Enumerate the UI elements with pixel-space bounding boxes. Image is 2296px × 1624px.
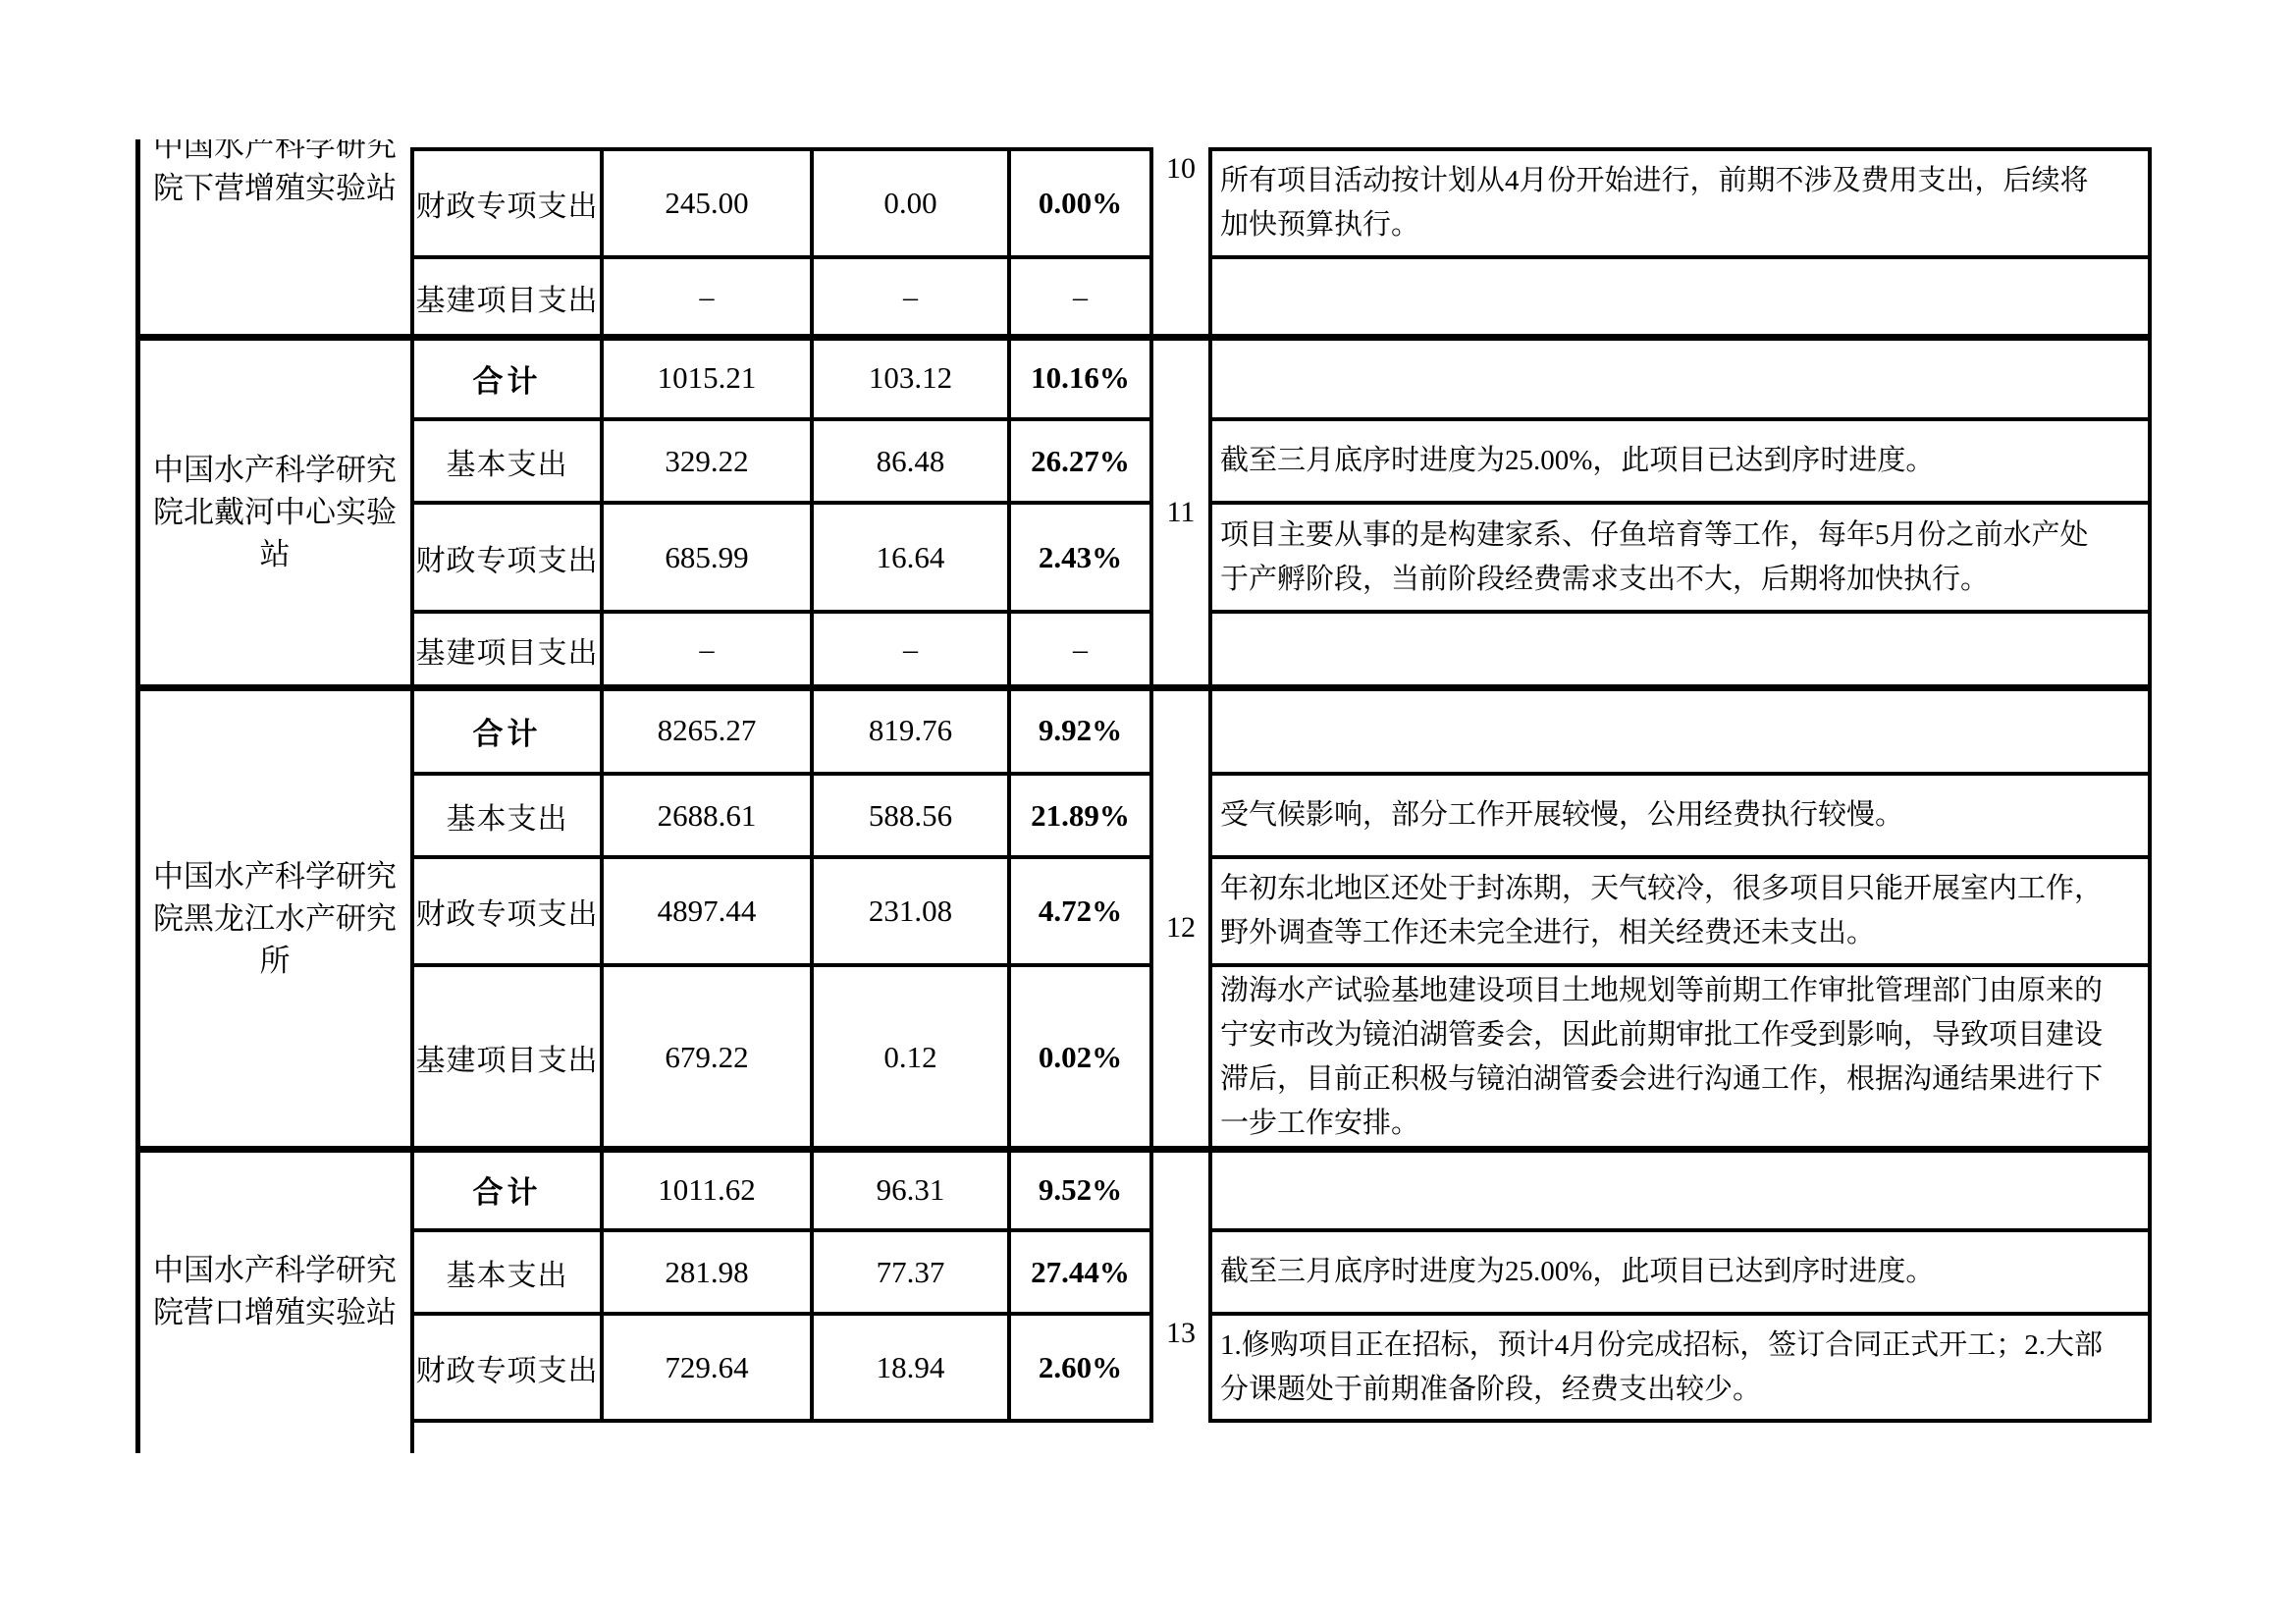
org-cell: 中国水产科学研究院下营增殖实验站: [137, 139, 412, 218]
pct-cell: 4.72%: [1009, 857, 1151, 965]
budget-cell: 1011.62: [602, 1149, 812, 1230]
seq-cell: 11: [1151, 337, 1210, 687]
budget-cell: 1015.21: [602, 337, 812, 419]
expense-type-cell: 基建项目支出: [412, 612, 602, 687]
remark-cell: 1.修购项目正在招标，预计4月份完成招标，签订合同正式开工；2.大部分课题处于前…: [1210, 1314, 2150, 1421]
remark-cell: 年初东北地区还处于封冻期，天气较冷，很多项目只能开展室内工作，野外调查等工作还未…: [1210, 857, 2150, 965]
org-name: 中国水产科学研究院下营增殖实验站: [151, 139, 399, 209]
org-cell: 中国水产科学研究院黑龙江水产研究所: [137, 687, 412, 1149]
remark-cell: 受气候影响，部分工作开展较慢，公用经费执行较慢。: [1210, 774, 2150, 857]
spent-cell: 16.64: [812, 503, 1009, 612]
spent-cell: 819.76: [812, 687, 1009, 774]
remark-cell: 所有项目活动按计划从4月份开始进行，前期不涉及费用支出，后续将加快预算执行。: [1210, 149, 2150, 257]
spent-cell: 0.00: [812, 149, 1009, 257]
budget-cell: –: [602, 612, 812, 687]
seq-cell: 13: [1151, 1149, 1210, 1518]
spent-cell: 86.48: [812, 419, 1009, 503]
spent-cell: 231.08: [812, 857, 1009, 965]
budget-cell: 4897.44: [602, 857, 812, 965]
seq-cell: 12: [1151, 687, 1210, 1168]
budget-cell: –: [602, 257, 812, 337]
remark-cell: 项目主要从事的是构建家系、仔鱼培育等工作，每年5月份之前水产处于产孵阶段，当前阶…: [1210, 503, 2150, 612]
spent-cell: 77.37: [812, 1230, 1009, 1314]
expense-type-cell: 合计: [412, 337, 602, 419]
spent-cell: 96.31: [812, 1149, 1009, 1230]
remark-cell: 截至三月底序时进度为25.00%，此项目已达到序时进度。: [1210, 1230, 2150, 1314]
expense-type-cell: 基建项目支出: [412, 257, 602, 337]
pct-cell: 21.89%: [1009, 774, 1151, 857]
budget-cell: 281.98: [602, 1230, 812, 1314]
spent-cell: –: [812, 612, 1009, 687]
pct-cell: 2.43%: [1009, 503, 1151, 612]
org-name: 中国水产科学研究院北戴河中心实验站: [151, 449, 399, 575]
spent-cell: 103.12: [812, 337, 1009, 419]
spent-cell: 588.56: [812, 774, 1009, 857]
expense-type-cell: 基本支出: [412, 1230, 602, 1314]
expense-type-cell: 财政专项支出: [412, 503, 602, 612]
spent-cell: 18.94: [812, 1314, 1009, 1421]
expense-type-cell: 合计: [412, 1149, 602, 1230]
pct-cell: 26.27%: [1009, 419, 1151, 503]
budget-cell: 729.64: [602, 1314, 812, 1421]
expense-type-cell: 财政专项支出: [412, 149, 602, 257]
pct-cell: 9.92%: [1009, 687, 1151, 774]
expense-type-cell: 合计: [412, 687, 602, 774]
expense-type-cell: 基本支出: [412, 419, 602, 503]
remark-cell: 截至三月底序时进度为25.00%，此项目已达到序时进度。: [1210, 419, 2150, 503]
pct-cell: 2.60%: [1009, 1314, 1151, 1421]
remark-cell: [1210, 337, 2150, 419]
remark-cell: [1210, 1149, 2150, 1230]
expense-type-cell: 财政专项支出: [412, 1314, 602, 1421]
pct-cell: 0.02%: [1009, 965, 1151, 1149]
seq-cell: 10: [1151, 147, 1210, 190]
spent-cell: –: [812, 257, 1009, 337]
expense-type-cell: 财政专项支出: [412, 857, 602, 965]
org-name: 中国水产科学研究院黑龙江水产研究所: [151, 855, 399, 982]
remark-cell: [1210, 257, 2150, 337]
pct-cell: –: [1009, 612, 1151, 687]
budget-cell: 8265.27: [602, 687, 812, 774]
pct-cell: 10.16%: [1009, 337, 1151, 419]
budget-cell: 685.99: [602, 503, 812, 612]
page: 中国水产科学研究院下营增殖实验站 10 财政专项支出 245.00 0.00 0…: [0, 0, 2296, 1624]
expense-type-cell: 基建项目支出: [412, 965, 602, 1149]
remark-cell: [1210, 612, 2150, 687]
remark-cell: [1210, 687, 2150, 774]
pct-cell: 0.00%: [1009, 149, 1151, 257]
pct-cell: 9.52%: [1009, 1149, 1151, 1230]
org-cell: 中国水产科学研究院营口增殖实验站: [137, 1149, 412, 1434]
budget-cell: 329.22: [602, 419, 812, 503]
org-name: 中国水产科学研究院营口增殖实验站: [151, 1249, 399, 1333]
pct-cell: –: [1009, 257, 1151, 337]
budget-cell: 245.00: [602, 149, 812, 257]
pct-cell: 27.44%: [1009, 1230, 1151, 1314]
org-cell: 中国水产科学研究院北戴河中心实验站: [137, 337, 412, 687]
spent-cell: 0.12: [812, 965, 1009, 1149]
budget-cell: 679.22: [602, 965, 812, 1149]
budget-cell: 2688.61: [602, 774, 812, 857]
remark-cell: 渤海水产试验基地建设项目土地规划等前期工作审批管理部门由原来的宁安市改为镜泊湖管…: [1210, 965, 2150, 1149]
expense-type-cell: 基本支出: [412, 774, 602, 857]
